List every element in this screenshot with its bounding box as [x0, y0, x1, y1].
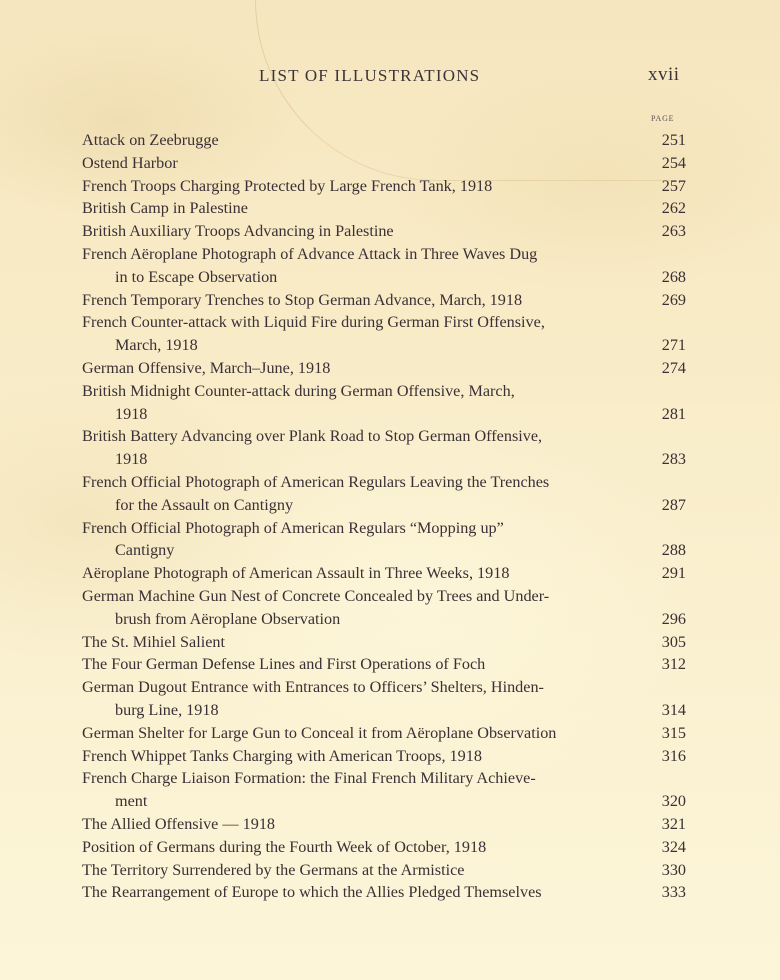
- entry-page-number: 263: [650, 220, 686, 243]
- entry-page-number: 281: [650, 403, 686, 426]
- list-item: Attack on Zeebrugge251: [82, 129, 686, 152]
- entry-title: for the Assault on Cantigny: [115, 496, 297, 514]
- entry-page-number: 305: [650, 631, 686, 654]
- list-item: Aëroplane Photograph of American Assault…: [82, 562, 686, 585]
- entry-page-number: 288: [650, 539, 686, 562]
- list-item: French Whippet Tanks Charging with Ameri…: [82, 745, 686, 768]
- entry-title-line: French Official Photograph of American R…: [82, 471, 686, 494]
- entry-title-line: German Shelter for Large Gun to Conceal …: [82, 722, 686, 745]
- entry-page-number: 330: [650, 859, 686, 882]
- entry-title-line: French Temporary Trenches to Stop German…: [82, 289, 686, 312]
- entry-title: ment: [115, 792, 151, 810]
- entry-title: The Four German Defense Lines and First …: [82, 655, 489, 673]
- entry-title: German Dugout Entrance with Entrances to…: [82, 678, 548, 696]
- list-item: German Offensive, March–June, 1918274: [82, 357, 686, 380]
- entry-page-number: 314: [650, 699, 686, 722]
- entry-page-number: 268: [650, 266, 686, 289]
- list-item: German Dugout Entrance with Entrances to…: [82, 676, 686, 722]
- entry-title: March, 1918: [115, 336, 202, 354]
- list-item: Position of Germans during the Fourth We…: [82, 836, 686, 859]
- entry-continuation-line: Cantigny288: [82, 539, 686, 562]
- entry-page-number: 269: [650, 289, 686, 312]
- entry-title: French Troops Charging Protected by Larg…: [82, 177, 496, 195]
- entry-page-number: 254: [650, 152, 686, 175]
- entry-title-line: British Auxiliary Troops Advancing in Pa…: [82, 220, 686, 243]
- list-item: French Counter-attack with Liquid Fire d…: [82, 311, 686, 357]
- entry-title-line: German Machine Gun Nest of Concrete Conc…: [82, 585, 686, 608]
- entry-page-number: 251: [650, 129, 686, 152]
- list-item: French Troops Charging Protected by Larg…: [82, 175, 686, 198]
- list-item: The Rearrangement of Europe to which the…: [82, 881, 686, 904]
- entry-title-line: The Allied Offensive — 1918321: [82, 813, 686, 836]
- entry-continuation-line: 1918283: [82, 448, 686, 471]
- entry-title-line: The Territory Surrendered by the Germans…: [82, 859, 686, 882]
- entry-title: French Aëroplane Photograph of Advance A…: [82, 245, 541, 263]
- illustrations-list: Attack on Zeebrugge251Ostend Harbor254Fr…: [82, 129, 686, 904]
- entry-title-line: The St. Mihiel Salient305: [82, 631, 686, 654]
- entry-title-line: Position of Germans during the Fourth We…: [82, 836, 686, 859]
- entry-title: German Shelter for Large Gun to Conceal …: [82, 724, 560, 742]
- list-item: The Four German Defense Lines and First …: [82, 653, 686, 676]
- entry-title: French Official Photograph of American R…: [82, 519, 508, 537]
- entry-title-line: British Midnight Counter-attack during G…: [82, 380, 686, 403]
- entry-title-line: Attack on Zeebrugge251: [82, 129, 686, 152]
- entry-continuation-line: for the Assault on Cantigny287: [82, 494, 686, 517]
- entry-title-line: Ostend Harbor254: [82, 152, 686, 175]
- entry-title: French Whippet Tanks Charging with Ameri…: [82, 747, 486, 765]
- entry-title: British Battery Advancing over Plank Roa…: [82, 427, 546, 445]
- list-item: French Aëroplane Photograph of Advance A…: [82, 243, 686, 289]
- entry-title-line: French Troops Charging Protected by Larg…: [82, 175, 686, 198]
- entry-title: The Allied Offensive — 1918: [82, 815, 279, 833]
- entry-page-number: 287: [650, 494, 686, 517]
- list-item: The St. Mihiel Salient305: [82, 631, 686, 654]
- entry-continuation-line: in to Escape Observation268: [82, 266, 686, 289]
- list-item: British Auxiliary Troops Advancing in Pa…: [82, 220, 686, 243]
- entry-title-line: German Dugout Entrance with Entrances to…: [82, 676, 686, 699]
- entry-continuation-line: burg Line, 1918314: [82, 699, 686, 722]
- entry-page-number: 316: [650, 745, 686, 768]
- entry-page-number: 271: [650, 334, 686, 357]
- entry-title: The Territory Surrendered by the Germans…: [82, 861, 468, 879]
- entry-continuation-line: ment320: [82, 790, 686, 813]
- entry-title: brush from Aëroplane Observation: [115, 610, 344, 628]
- entry-title-line: German Offensive, March–June, 1918274: [82, 357, 686, 380]
- list-item: British Camp in Palestine262: [82, 197, 686, 220]
- entry-title: The Rearrangement of Europe to which the…: [82, 883, 546, 901]
- entry-title: French Counter-attack with Liquid Fire d…: [82, 313, 549, 331]
- entry-title: Position of Germans during the Fourth We…: [82, 838, 490, 856]
- entry-page-number: 291: [650, 562, 686, 585]
- entry-title-line: French Aëroplane Photograph of Advance A…: [82, 243, 686, 266]
- list-item: French Temporary Trenches to Stop German…: [82, 289, 686, 312]
- entry-page-number: 320: [650, 790, 686, 813]
- entry-title: Ostend Harbor: [82, 154, 182, 172]
- entry-title: German Offensive, March–June, 1918: [82, 359, 334, 377]
- entry-title: French Charge Liaison Formation: the Fin…: [82, 769, 540, 787]
- running-header: LIST OF ILLUSTRATIONS xvii: [0, 66, 780, 94]
- entry-title-line: French Whippet Tanks Charging with Ameri…: [82, 745, 686, 768]
- list-item: Ostend Harbor254: [82, 152, 686, 175]
- entry-page-number: 274: [650, 357, 686, 380]
- entry-title-line: The Rearrangement of Europe to which the…: [82, 881, 686, 904]
- list-item: French Charge Liaison Formation: the Fin…: [82, 767, 686, 813]
- entry-page-number: 312: [650, 653, 686, 676]
- entry-title-line: French Charge Liaison Formation: the Fin…: [82, 767, 686, 790]
- entry-title: The St. Mihiel Salient: [82, 633, 229, 651]
- page-column-label: PAGE: [651, 114, 674, 123]
- entry-title: 1918: [115, 450, 151, 468]
- list-item: French Official Photograph of American R…: [82, 517, 686, 563]
- list-item: French Official Photograph of American R…: [82, 471, 686, 517]
- entry-page-number: 262: [650, 197, 686, 220]
- entry-title: Attack on Zeebrugge: [82, 131, 223, 149]
- entry-page-number: 296: [650, 608, 686, 631]
- list-item: The Allied Offensive — 1918321: [82, 813, 686, 836]
- entry-continuation-line: brush from Aëroplane Observation296: [82, 608, 686, 631]
- entry-title: Aëroplane Photograph of American Assault…: [82, 564, 513, 582]
- entry-page-number: 321: [650, 813, 686, 836]
- entry-title: British Midnight Counter-attack during G…: [82, 382, 519, 400]
- page-title: LIST OF ILLUSTRATIONS: [259, 66, 480, 86]
- entry-title-line: French Counter-attack with Liquid Fire d…: [82, 311, 686, 334]
- entry-title: in to Escape Observation: [115, 268, 281, 286]
- list-item: British Midnight Counter-attack during G…: [82, 380, 686, 426]
- entry-page-number: 257: [650, 175, 686, 198]
- entry-page-number: 324: [650, 836, 686, 859]
- entry-title: burg Line, 1918: [115, 701, 223, 719]
- entry-title: French Temporary Trenches to Stop German…: [82, 291, 526, 309]
- list-item: The Territory Surrendered by the Germans…: [82, 859, 686, 882]
- list-item: German Machine Gun Nest of Concrete Conc…: [82, 585, 686, 631]
- entry-continuation-line: 1918281: [82, 403, 686, 426]
- entry-title-line: British Camp in Palestine262: [82, 197, 686, 220]
- entry-title-line: British Battery Advancing over Plank Roa…: [82, 425, 686, 448]
- entry-title-line: Aëroplane Photograph of American Assault…: [82, 562, 686, 585]
- entry-title: Cantigny: [115, 541, 178, 559]
- entry-title: British Auxiliary Troops Advancing in Pa…: [82, 222, 398, 240]
- entry-title-line: French Official Photograph of American R…: [82, 517, 686, 540]
- entry-title: 1918: [115, 405, 151, 423]
- list-item: German Shelter for Large Gun to Conceal …: [82, 722, 686, 745]
- entry-page-number: 333: [650, 881, 686, 904]
- list-item: British Battery Advancing over Plank Roa…: [82, 425, 686, 471]
- entry-page-number: 283: [650, 448, 686, 471]
- page-number: xvii: [648, 64, 680, 86]
- entry-page-number: 315: [650, 722, 686, 745]
- entry-title: French Official Photograph of American R…: [82, 473, 553, 491]
- entry-title: British Camp in Palestine: [82, 199, 252, 217]
- entry-title-line: The Four German Defense Lines and First …: [82, 653, 686, 676]
- entry-continuation-line: March, 1918271: [82, 334, 686, 357]
- entry-title: German Machine Gun Nest of Concrete Conc…: [82, 587, 553, 605]
